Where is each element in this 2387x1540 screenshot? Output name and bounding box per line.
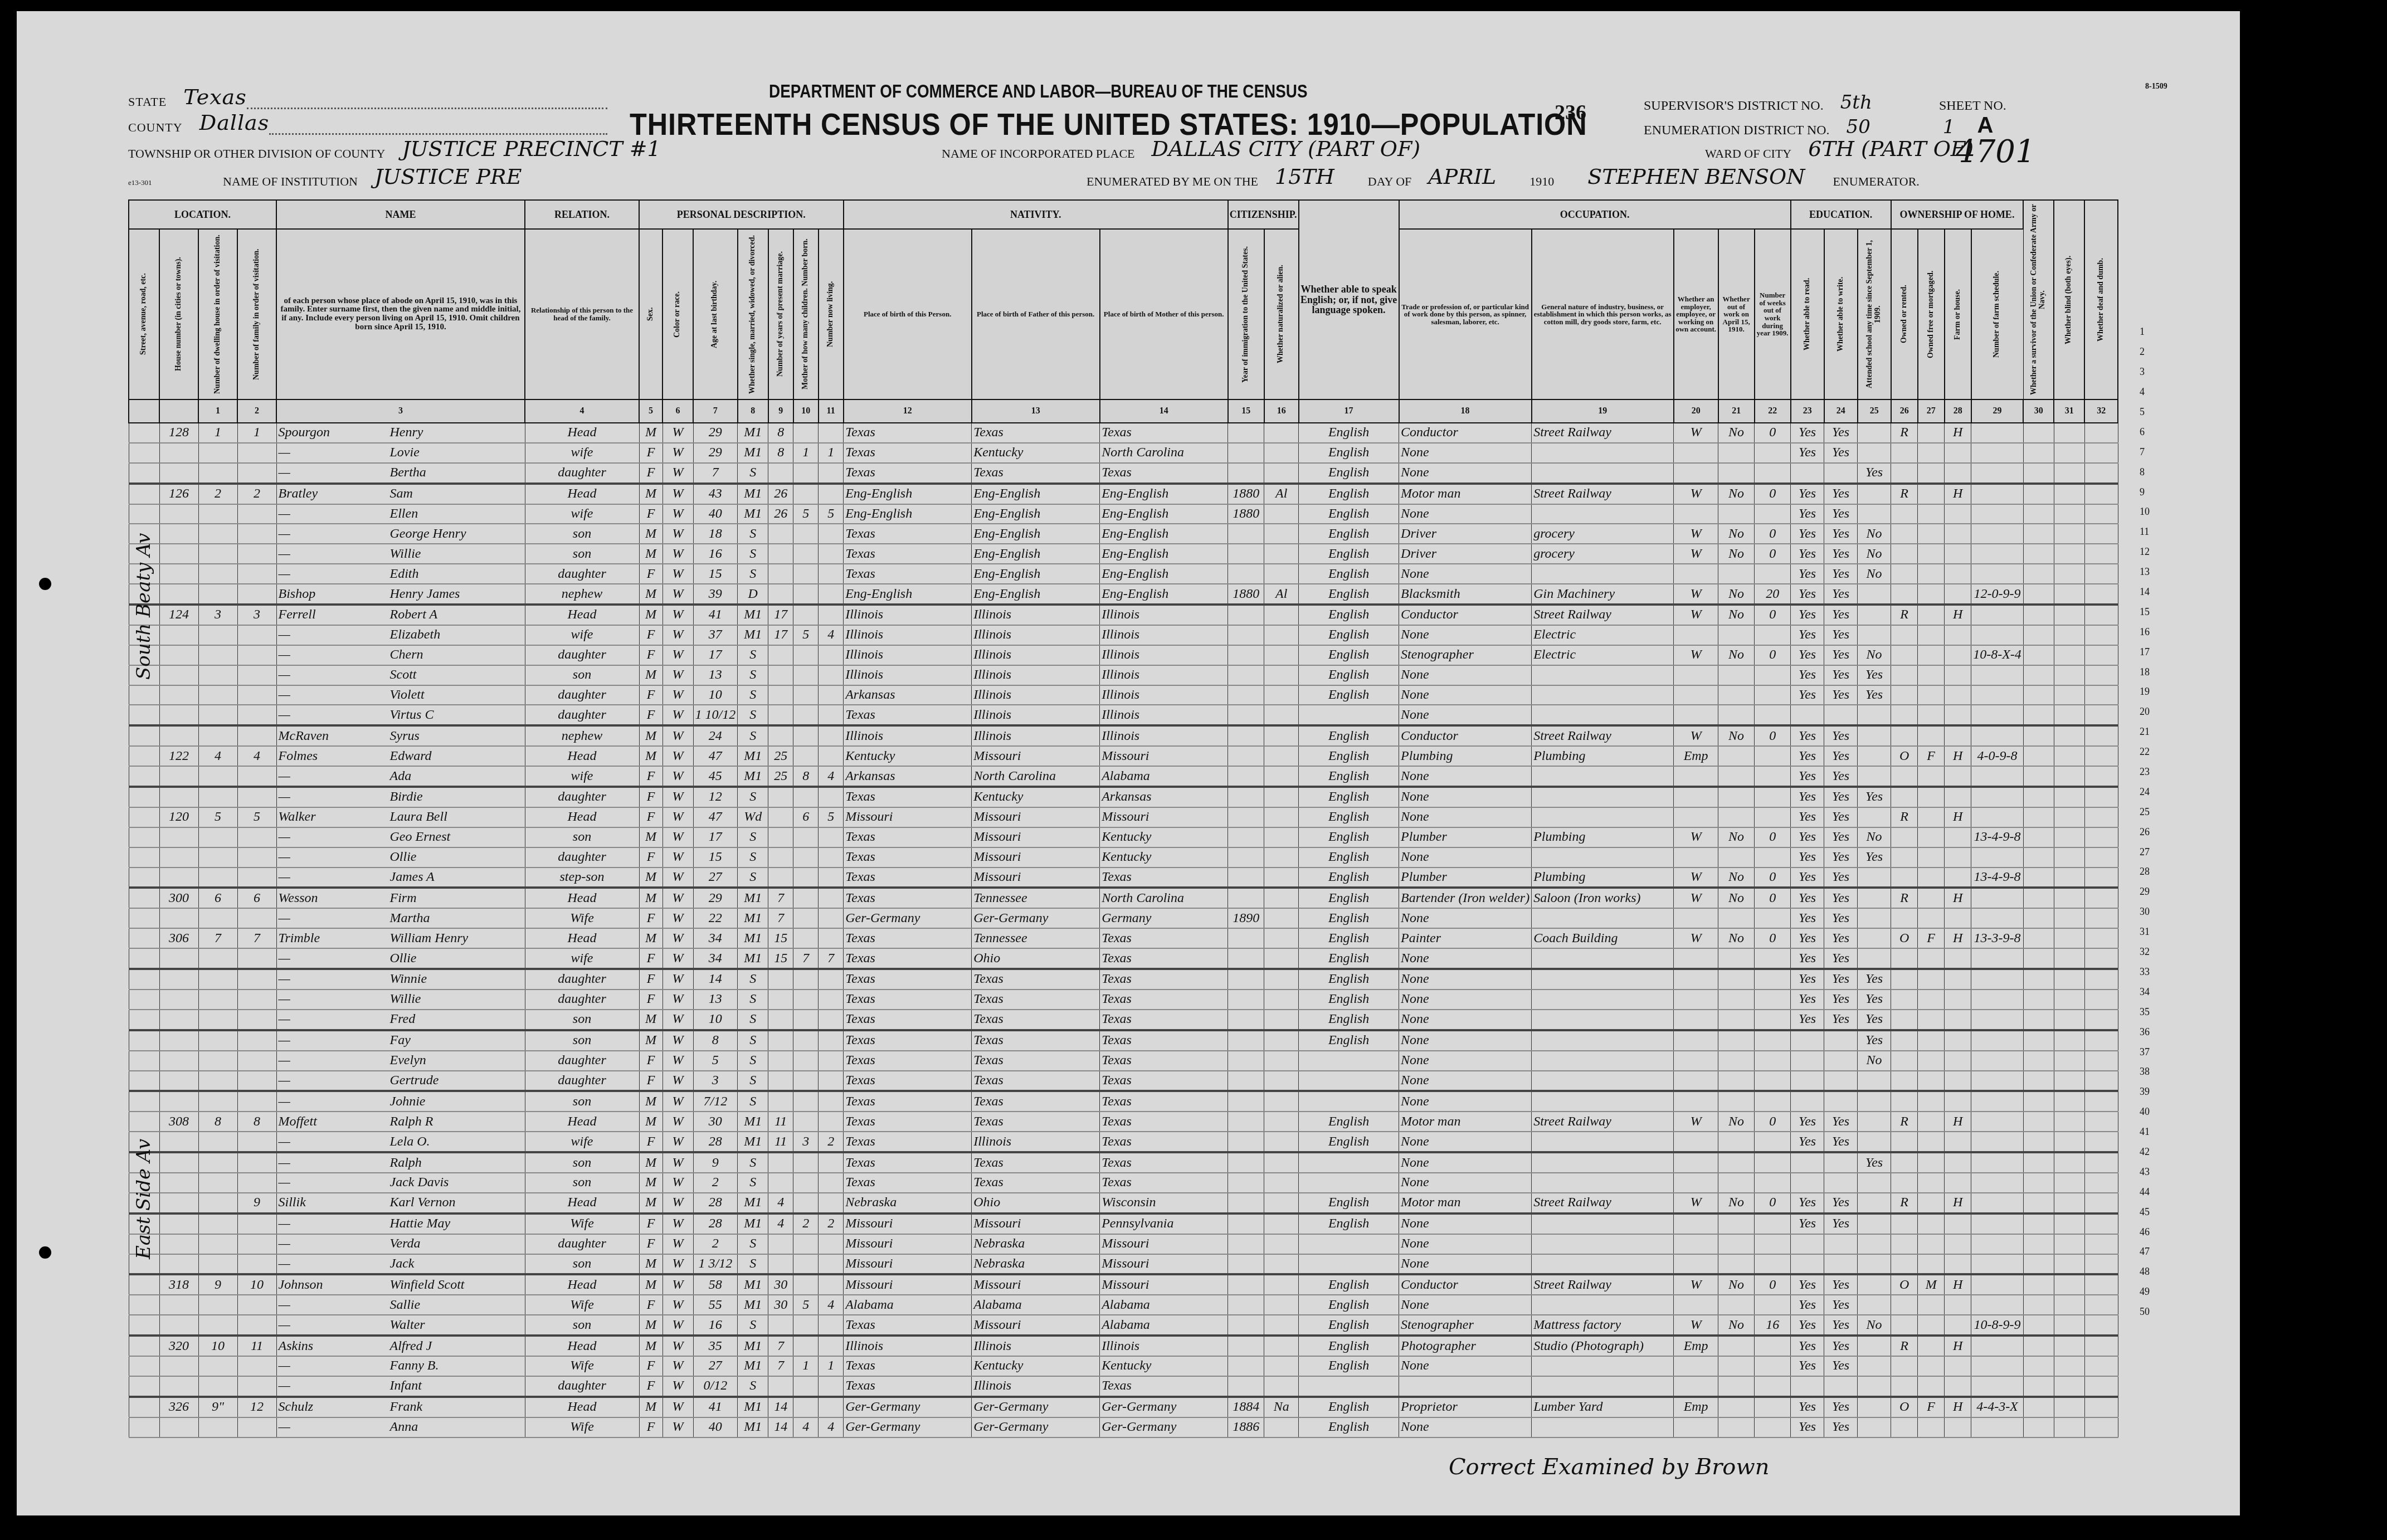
cell-wks: 0 xyxy=(1755,544,1791,564)
cell-sched: 4-0-9-8 xyxy=(1971,746,2024,766)
cell-fpob: Texas xyxy=(972,423,1100,443)
cell-own xyxy=(1891,665,1918,685)
census-row: —GertrudedaughterFW3STexasTexasTexasNone xyxy=(129,1071,2118,1091)
cell-sched xyxy=(1971,705,2024,725)
cell-nat xyxy=(1264,1295,1299,1315)
surname: — xyxy=(279,1236,390,1251)
cell-born xyxy=(793,868,819,888)
cell-dw xyxy=(198,1417,237,1437)
cell-race: W xyxy=(662,746,693,766)
form-id: 8-1509 xyxy=(2145,82,2167,91)
cell-born: 5 xyxy=(793,625,819,645)
cell-write: Yes xyxy=(1824,1112,1858,1132)
given-name: George Henry xyxy=(390,527,466,541)
column-number: 23 xyxy=(1791,399,1824,423)
given-name: Ellen xyxy=(390,506,418,521)
cell-street xyxy=(129,1356,159,1376)
cell-imm xyxy=(1228,705,1264,725)
census-row: BishopHenry JamesnephewMW39DEng-EnglishE… xyxy=(129,584,2118,605)
cell-school xyxy=(1858,1295,1891,1315)
cell-born xyxy=(793,423,819,443)
cell-occ: Driver xyxy=(1399,524,1532,544)
cell-out xyxy=(1718,443,1755,463)
cell-blind xyxy=(2054,1295,2084,1315)
cell-nat xyxy=(1264,1051,1299,1071)
cell-read: Yes xyxy=(1791,423,1824,443)
cell-sex: F xyxy=(639,908,662,928)
cell-blind xyxy=(2054,1274,2084,1295)
cell-born xyxy=(793,1112,819,1132)
cell-lang: English xyxy=(1299,1417,1399,1437)
cell-blind xyxy=(2054,625,2084,645)
cell-mpob: Texas xyxy=(1100,1071,1228,1091)
cell-nat xyxy=(1264,787,1299,807)
cell-imm xyxy=(1228,685,1264,705)
cell-occ: None xyxy=(1399,685,1532,705)
cell-ind: Electric xyxy=(1532,645,1674,665)
cell-born xyxy=(793,827,819,847)
cell-house xyxy=(159,1173,198,1193)
cell-lang: English xyxy=(1299,1132,1399,1152)
surname: — xyxy=(279,911,390,926)
cell-emp: Emp xyxy=(1674,1336,1718,1356)
cell-read: Yes xyxy=(1791,1274,1824,1295)
cell-deaf xyxy=(2084,908,2118,928)
cell-imm xyxy=(1228,1254,1264,1275)
cell-emp xyxy=(1674,1234,1718,1254)
surname: — xyxy=(279,972,390,987)
cell-fpob: Illinois xyxy=(972,1132,1100,1152)
punch-hole xyxy=(39,578,51,590)
column-number: 15 xyxy=(1228,399,1264,423)
cell-sched xyxy=(1971,504,2024,524)
cell-read: Yes xyxy=(1791,625,1824,645)
cell-blind xyxy=(2054,1376,2084,1397)
cell-ind: Street Railway xyxy=(1532,484,1674,504)
cell-free xyxy=(1918,1417,1945,1437)
cell-rel: daughter xyxy=(525,463,639,484)
cell-house xyxy=(159,625,198,645)
cell-living xyxy=(819,990,844,1010)
cell-nat xyxy=(1264,524,1299,544)
cell-mpob: Ger-Germany xyxy=(1100,1397,1228,1417)
col-street-label: Street, avenue, road, etc. xyxy=(129,229,159,399)
cell-rel: Head xyxy=(525,746,639,766)
cell-fam xyxy=(237,1254,276,1275)
cell-living xyxy=(819,725,844,746)
cell-dw xyxy=(198,725,237,746)
cell-living xyxy=(819,827,844,847)
cell-free xyxy=(1918,685,1945,705)
line-number: 3 xyxy=(2140,362,2162,382)
column-number: 28 xyxy=(1945,399,1971,423)
cell-out: No xyxy=(1718,645,1755,665)
cell-ind: Lumber Yard xyxy=(1532,1397,1674,1417)
cell-out xyxy=(1718,1152,1755,1173)
cell-sex: M xyxy=(639,584,662,605)
cell-race: W xyxy=(662,766,693,787)
cell-fam: 7 xyxy=(237,928,276,948)
cell-blind xyxy=(2054,524,2084,544)
cell-rel: son xyxy=(525,1315,639,1336)
cell-born xyxy=(793,908,819,928)
cell-race: W xyxy=(662,1336,693,1356)
cell-house xyxy=(159,665,198,685)
cell-lang: English xyxy=(1299,969,1399,990)
cell-write: Yes xyxy=(1824,625,1858,645)
cell-imm xyxy=(1228,990,1264,1010)
given-name: Elizabeth xyxy=(390,627,441,642)
cell-free xyxy=(1918,564,1945,584)
cell-pob: Missouri xyxy=(844,1234,972,1254)
cell-write: Yes xyxy=(1824,928,1858,948)
given-name: Ollie xyxy=(390,951,417,966)
cell-name: —Jack xyxy=(276,1254,525,1275)
cell-out: No xyxy=(1718,928,1755,948)
cell-emp: W xyxy=(1674,1315,1718,1336)
cell-fam xyxy=(237,645,276,665)
cell-fh: H xyxy=(1945,1112,1971,1132)
cell-read: Yes xyxy=(1791,725,1824,746)
census-row: —VerdadaughterFW2SMissouriNebraskaMissou… xyxy=(129,1234,2118,1254)
cell-vet xyxy=(2023,705,2054,725)
cell-age: 29 xyxy=(693,443,738,463)
cell-wks: 0 xyxy=(1755,1193,1791,1214)
cell-sched xyxy=(1971,1376,2024,1397)
cell-read: Yes xyxy=(1791,443,1824,463)
cell-blind xyxy=(2054,685,2084,705)
cell-school: No xyxy=(1858,1051,1891,1071)
cell-sched: 12-0-9-9 xyxy=(1971,584,2024,605)
cell-own xyxy=(1891,1051,1918,1071)
given-name: Ada xyxy=(390,769,412,783)
cell-yrs xyxy=(768,685,793,705)
cell-ind xyxy=(1532,443,1674,463)
cell-wks xyxy=(1755,1173,1791,1193)
surname: — xyxy=(279,1378,390,1393)
cell-vet xyxy=(2023,463,2054,484)
cell-emp: W xyxy=(1674,645,1718,665)
cell-nat: Na xyxy=(1264,1397,1299,1417)
cell-deaf xyxy=(2084,685,2118,705)
cell-sex: F xyxy=(639,1417,662,1437)
cell-read: Yes xyxy=(1791,990,1824,1010)
cell-house: 126 xyxy=(159,484,198,504)
cell-born xyxy=(793,1193,819,1214)
census-row: —SallieWifeFW55M13054AlabamaAlabamaAlaba… xyxy=(129,1295,2118,1315)
cell-living xyxy=(819,1234,844,1254)
cell-vet xyxy=(2023,1051,2054,1071)
cell-ms: D xyxy=(738,584,768,605)
cell-vet xyxy=(2023,1295,2054,1315)
cell-living xyxy=(819,1254,844,1275)
cell-fam xyxy=(237,948,276,969)
cell-pob: Texas xyxy=(844,928,972,948)
cell-age: 27 xyxy=(693,868,738,888)
cell-pob: Ger-Germany xyxy=(844,1417,972,1437)
cell-emp xyxy=(1674,1152,1718,1173)
cell-deaf xyxy=(2084,1173,2118,1193)
given-name: Karl Vernon xyxy=(390,1195,456,1210)
cell-write: Yes xyxy=(1824,504,1858,524)
supervisor-label: SUPERVISOR'S DISTRICT NO. xyxy=(1644,99,1824,114)
cell-occ: None xyxy=(1399,990,1532,1010)
cell-lang: English xyxy=(1299,524,1399,544)
cell-fam xyxy=(237,847,276,868)
cell-living xyxy=(819,928,844,948)
cell-nat xyxy=(1264,423,1299,443)
col-14-label: Place of birth of Mother of this person. xyxy=(1100,229,1228,399)
cell-out xyxy=(1718,787,1755,807)
cell-mpob: Texas xyxy=(1100,1132,1228,1152)
cell-ind: Gin Machinery xyxy=(1532,584,1674,605)
cell-age: 30 xyxy=(693,1112,738,1132)
cell-write: Yes xyxy=(1824,665,1858,685)
cell-wks xyxy=(1755,807,1791,827)
cell-sched xyxy=(1971,990,2024,1010)
cell-emp xyxy=(1674,665,1718,685)
cell-lang: English xyxy=(1299,685,1399,705)
cell-school: Yes xyxy=(1858,787,1891,807)
cell-free xyxy=(1918,1376,1945,1397)
cell-ind xyxy=(1532,685,1674,705)
given-name: Syrus xyxy=(390,729,420,743)
cell-rel: Wife xyxy=(525,1417,639,1437)
cell-emp: W xyxy=(1674,868,1718,888)
cell-street xyxy=(129,746,159,766)
cell-rel: wife xyxy=(525,625,639,645)
cell-pob: Illinois xyxy=(844,665,972,685)
line-number: 21 xyxy=(2140,722,2162,742)
cell-sched xyxy=(1971,1030,2024,1051)
cell-ms: S xyxy=(738,868,768,888)
cell-lang: English xyxy=(1299,463,1399,484)
cell-blind xyxy=(2054,1214,2084,1234)
cell-fam xyxy=(237,1417,276,1437)
cell-fpob: Eng-English xyxy=(972,504,1100,524)
surname: — xyxy=(279,1298,390,1313)
cell-wks xyxy=(1755,1214,1791,1234)
cell-write: Yes xyxy=(1824,908,1858,928)
cell-ind xyxy=(1532,766,1674,787)
cell-sched: 13-4-9-8 xyxy=(1971,827,2024,847)
line-number: 31 xyxy=(2140,922,2162,942)
cell-out: No xyxy=(1718,1193,1755,1214)
column-number: 3 xyxy=(276,399,525,423)
cell-sex: M xyxy=(639,746,662,766)
cell-write: Yes xyxy=(1824,484,1858,504)
cell-fh xyxy=(1945,827,1971,847)
cell-out: No xyxy=(1718,888,1755,908)
column-number xyxy=(129,399,159,423)
cell-yrs: 30 xyxy=(768,1274,793,1295)
cell-living: 1 xyxy=(819,1356,844,1376)
line-number: 13 xyxy=(2140,562,2162,582)
cell-house xyxy=(159,1254,198,1275)
cell-sex: F xyxy=(639,847,662,868)
cell-mpob: Arkansas xyxy=(1100,787,1228,807)
cell-sex: M xyxy=(639,868,662,888)
cell-lang: English xyxy=(1299,807,1399,827)
cell-dw xyxy=(198,948,237,969)
cell-born: 7 xyxy=(793,948,819,969)
cell-sex: F xyxy=(639,1356,662,1376)
cell-sched xyxy=(1971,1152,2024,1173)
cell-write: Yes xyxy=(1824,423,1858,443)
cell-mpob: Texas xyxy=(1100,948,1228,969)
cell-fam xyxy=(237,1152,276,1173)
surname: — xyxy=(279,688,390,703)
cell-race: W xyxy=(662,1152,693,1173)
cell-imm xyxy=(1228,1010,1264,1030)
cell-write xyxy=(1824,1071,1858,1091)
cell-born xyxy=(793,524,819,544)
cell-fpob: Ger-Germany xyxy=(972,1397,1100,1417)
cell-imm xyxy=(1228,1132,1264,1152)
cell-sex: M xyxy=(639,1010,662,1030)
cell-free xyxy=(1918,725,1945,746)
cell-yrs xyxy=(768,847,793,868)
cell-nat xyxy=(1264,868,1299,888)
cell-sex: M xyxy=(639,544,662,564)
cell-wks: 0 xyxy=(1755,868,1791,888)
cell-ms: S xyxy=(738,1173,768,1193)
column-number: 24 xyxy=(1824,399,1858,423)
cell-write xyxy=(1824,1254,1858,1275)
cell-street xyxy=(129,1010,159,1030)
cell-ind xyxy=(1532,1376,1674,1397)
given-name: Chern xyxy=(390,647,423,662)
cell-sex: F xyxy=(639,443,662,463)
cell-emp xyxy=(1674,1295,1718,1315)
cell-sched xyxy=(1971,544,2024,564)
cell-write: Yes xyxy=(1824,1356,1858,1376)
cell-living: 4 xyxy=(819,1417,844,1437)
cell-emp xyxy=(1674,969,1718,990)
cell-dw xyxy=(198,564,237,584)
cell-sex: M xyxy=(639,725,662,746)
cell-dw xyxy=(198,1010,237,1030)
cell-yrs: 7 xyxy=(768,1356,793,1376)
col-32-label: Whether deaf and dumb. xyxy=(2084,200,2118,399)
cell-wks xyxy=(1755,1397,1791,1417)
cell-ind xyxy=(1532,807,1674,827)
cell-pob: Texas xyxy=(844,544,972,564)
cell-vet xyxy=(2023,787,2054,807)
cell-born xyxy=(793,928,819,948)
stamped-number: 236 xyxy=(1555,100,1586,125)
cell-name: —Virtus C xyxy=(276,705,525,725)
cell-imm xyxy=(1228,827,1264,847)
cell-living xyxy=(819,888,844,908)
column-number: 13 xyxy=(972,399,1100,423)
census-row: —InfantdaughterFW0/12STexasIllinoisTexas xyxy=(129,1376,2118,1397)
cell-lang: English xyxy=(1299,1397,1399,1417)
cell-pob: Illinois xyxy=(844,625,972,645)
cell-sched xyxy=(1971,1071,2024,1091)
census-row: —James Astep-sonMW27STexasMissouriTexasE… xyxy=(129,868,2118,888)
cell-nat xyxy=(1264,1091,1299,1112)
cell-read: Yes xyxy=(1791,787,1824,807)
cell-mpob: Alabama xyxy=(1100,766,1228,787)
cell-write: Yes xyxy=(1824,645,1858,665)
cell-nat xyxy=(1264,746,1299,766)
cell-vet xyxy=(2023,1234,2054,1254)
cell-fh xyxy=(1945,868,1971,888)
cell-fpob: Texas xyxy=(972,1152,1100,1173)
cell-nat xyxy=(1264,725,1299,746)
cell-name: —Fred xyxy=(276,1010,525,1030)
given-name: Frank xyxy=(390,1400,423,1414)
cell-house xyxy=(159,1214,198,1234)
census-row: —ScottsonMW13SIllinoisIllinoisIllinoisEn… xyxy=(129,665,2118,685)
cell-rel: Head xyxy=(525,423,639,443)
cell-fpob: Texas xyxy=(972,1071,1100,1091)
cell-rel: Head xyxy=(525,1274,639,1295)
cell-imm: 1880 xyxy=(1228,484,1264,504)
cell-rel: daughter xyxy=(525,685,639,705)
cell-occ: Painter xyxy=(1399,928,1532,948)
cell-name: —Anna xyxy=(276,1417,525,1437)
cell-free xyxy=(1918,868,1945,888)
cell-mpob: Texas xyxy=(1100,1152,1228,1173)
cell-school xyxy=(1858,807,1891,827)
cell-fpob: Missouri xyxy=(972,1315,1100,1336)
cell-school xyxy=(1858,746,1891,766)
cell-blind xyxy=(2054,725,2084,746)
column-number: 9 xyxy=(768,399,793,423)
cell-name: SpourgonHenry xyxy=(276,423,525,443)
cell-school: No xyxy=(1858,524,1891,544)
col-29-label: Number of farm schedule. xyxy=(1971,229,2024,399)
cell-out: No xyxy=(1718,1112,1755,1132)
cell-born: 2 xyxy=(793,1214,819,1234)
cell-fh xyxy=(1945,969,1971,990)
cell-wks: 0 xyxy=(1755,1274,1791,1295)
cell-fh xyxy=(1945,990,1971,1010)
census-row: 12244FolmesEdwardHeadMW47M125KentuckyMis… xyxy=(129,746,2118,766)
cell-nat xyxy=(1264,1214,1299,1234)
cell-ind xyxy=(1532,908,1674,928)
cell-vet xyxy=(2023,1417,2054,1437)
cell-mpob: Texas xyxy=(1100,868,1228,888)
cell-deaf xyxy=(2084,888,2118,908)
cell-school xyxy=(1858,928,1891,948)
cell-imm xyxy=(1228,1214,1264,1234)
cell-nat xyxy=(1264,1010,1299,1030)
cell-ms: M1 xyxy=(738,1397,768,1417)
cell-write: Yes xyxy=(1824,1417,1858,1437)
cell-occ: Motor man xyxy=(1399,1112,1532,1132)
cell-own: R xyxy=(1891,1193,1918,1214)
surname: Folmes xyxy=(279,749,390,764)
cell-imm xyxy=(1228,544,1264,564)
cell-imm xyxy=(1228,888,1264,908)
cell-born: 8 xyxy=(793,766,819,787)
group-location: LOCATION. xyxy=(129,200,276,229)
cell-nat xyxy=(1264,1152,1299,1173)
cell-yrs: 4 xyxy=(768,1214,793,1234)
cell-lang: English xyxy=(1299,443,1399,463)
column-number: 21 xyxy=(1718,399,1755,423)
ed-label: ENUMERATION DISTRICT NO. xyxy=(1644,123,1830,138)
cell-imm xyxy=(1228,948,1264,969)
cell-street xyxy=(129,990,159,1010)
cell-read xyxy=(1791,1152,1824,1173)
cell-vet xyxy=(2023,564,2054,584)
cell-occ: Motor man xyxy=(1399,1193,1532,1214)
cell-yrs: 30 xyxy=(768,1295,793,1315)
